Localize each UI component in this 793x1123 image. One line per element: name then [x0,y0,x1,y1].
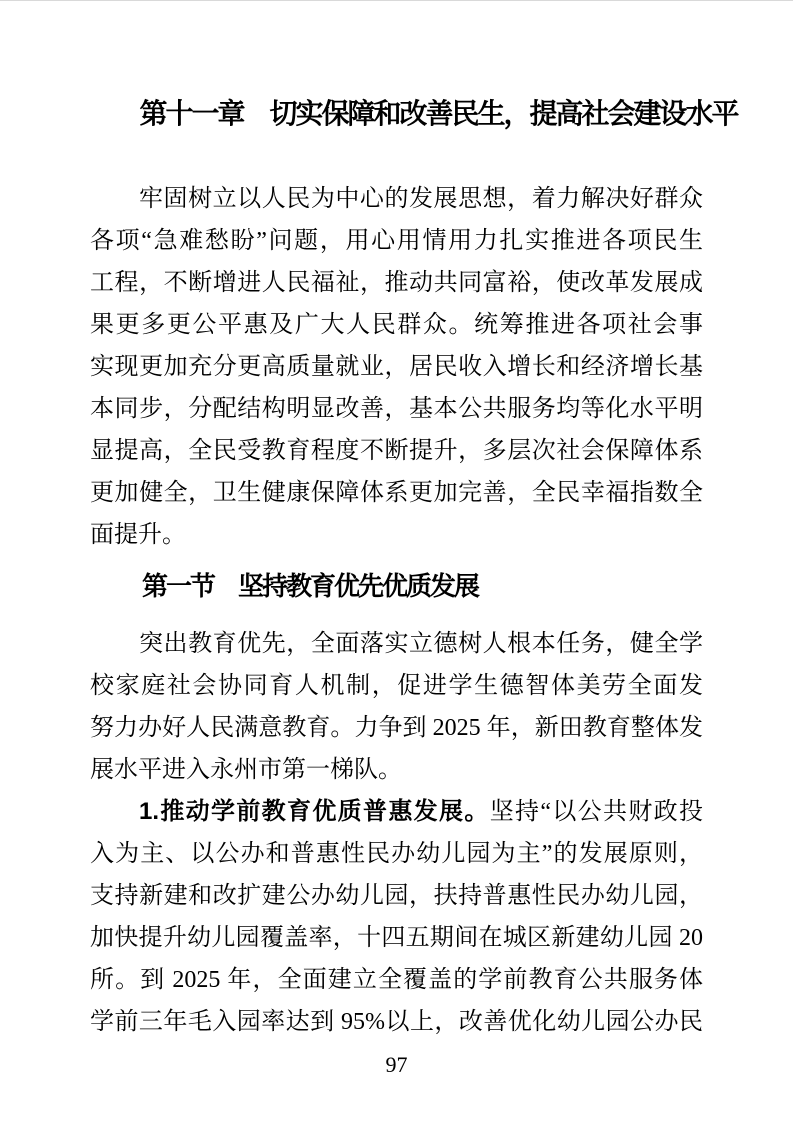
paragraph-overview: 牢固树立以人民为中心的发展思想，着力解决好群众 各项“急难愁盼”问题，用心用情用… [90,178,703,556]
text-line: 实现更加充分更高质量就业，居民收入增长和经济增长基 [90,346,703,388]
text-line: 努力办好人民满意教育。力争到 2025 年，新田教育整体发 [90,707,703,749]
text-line: 本同步，分配结构明显改善，基本公共服务均等化水平明 [90,388,703,430]
paragraph-preschool-education: 1.推动学前教育优质普惠发展。坚持“以公共财政投 入为主、以公办和普惠性民办幼儿… [90,791,703,1043]
lead-rest-text: 坚持“以公共财政投 [490,799,703,825]
text-line: 各项“急难愁盼”问题，用心用情用力扎实推进各项民生 [90,220,703,262]
text-line: 展水平进入永州市第一梯队。 [90,749,703,791]
text-line: 学前三年毛入园率达到 95%以上，改善优化幼儿园公办民 [90,1001,703,1043]
text-line: 加快提升幼儿园覆盖率，十四五期间在城区新建幼儿园 20 [90,917,703,959]
text-line: 面提升。 [90,514,703,556]
text-line: 显提高，全民受教育程度不断提升，多层次社会保障体系 [90,430,703,472]
text-line: 果更多更公平惠及广大人民群众。统筹推进各项社会事业， [90,304,703,346]
text-line: 入为主、以公办和普惠性民办幼儿园为主”的发展原则， [90,833,703,875]
page-content: 第十一章 切实保障和改善民生，提高社会建设水平 牢固树立以人民为中心的发展思想，… [90,1,703,1080]
text-line: 突出教育优先，全面落实立德树人根本任务，健全学 [90,623,703,665]
text-line: 1.推动学前教育优质普惠发展。坚持“以公共财政投 [90,791,703,833]
text-line: 所。到 2025 年，全面建立全覆盖的学前教育公共服务体系， [90,959,703,1001]
text-line: 牢固树立以人民为中心的发展思想，着力解决好群众 [90,178,703,220]
document-page: 第十一章 切实保障和改善民生，提高社会建设水平 牢固树立以人民为中心的发展思想，… [0,0,793,1123]
text-line: 工程，不断增进人民福祉，推动共同富裕，使改革发展成 [90,262,703,304]
paragraph-education-overview: 突出教育优先，全面落实立德树人根本任务，健全学 校家庭社会协同育人机制，促进学生… [90,623,703,791]
chapter-title: 第十一章 切实保障和改善民生，提高社会建设水平 [132,93,745,135]
text-line: 更加健全，卫生健康保障体系更加完善，全民幸福指数全 [90,472,703,514]
text-line: 校家庭社会协同育人机制，促进学生德智体美劳全面发展， [90,665,703,707]
text-line: 支持新建和改扩建公办幼儿园，扶持普惠性民办幼儿园， [90,875,703,917]
page-number: 97 [90,1050,703,1080]
numbered-item-lead: 1.推动学前教育优质普惠发展。 [139,798,490,825]
section-title: 第一节 坚持教育优先优质发展 [142,565,703,607]
